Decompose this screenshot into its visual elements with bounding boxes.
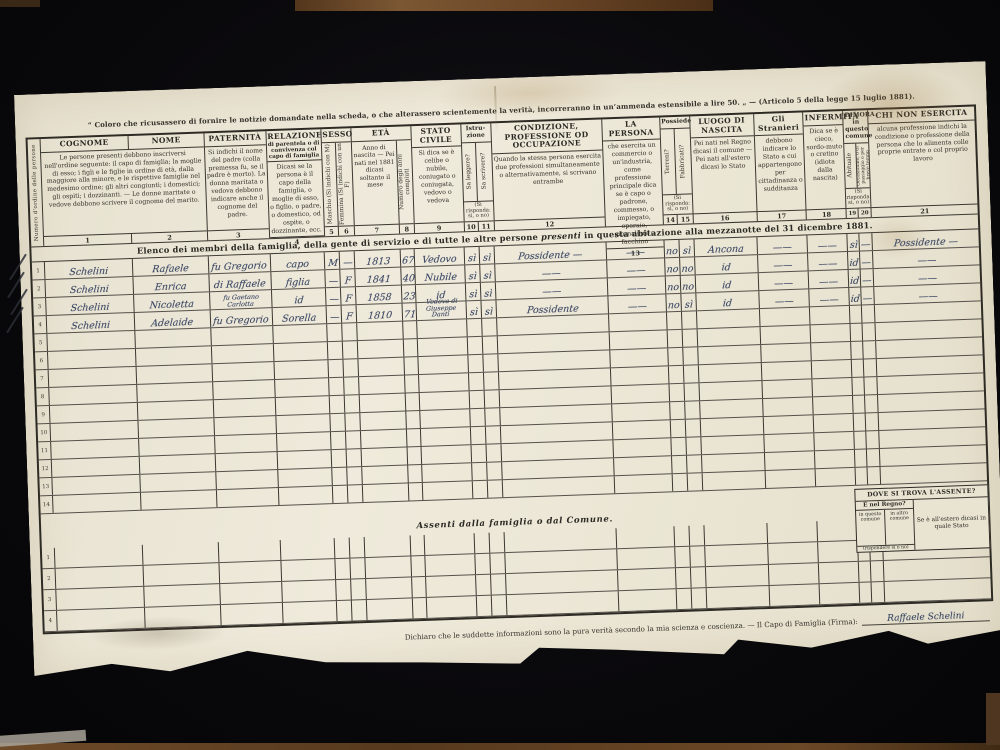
- cell-col11: [487, 462, 503, 480]
- handwritten-entry: ——: [819, 277, 839, 288]
- row-number: 1: [42, 548, 56, 568]
- cell-col13: [617, 547, 676, 569]
- row-number: 7: [36, 370, 50, 387]
- cell-col15: [682, 311, 698, 329]
- cell-col8: [413, 598, 428, 618]
- cell-col5: [336, 559, 352, 580]
- cell-col12: [507, 591, 619, 615]
- handwritten-entry: Nubile: [424, 272, 457, 284]
- cell-col18: ——: [808, 234, 848, 252]
- row-number: 5: [34, 334, 48, 351]
- cell-col19: [850, 306, 863, 323]
- cell-col13: [612, 402, 670, 421]
- handwritten-entry: Adelaide: [151, 317, 194, 329]
- handwritten-entry: ——: [774, 278, 794, 289]
- cell-col7: [367, 598, 414, 620]
- handwritten-entry: Possidente —: [518, 250, 583, 263]
- cell-col19: [851, 342, 864, 359]
- cell-col17: [766, 469, 816, 488]
- cell-col12: [506, 570, 618, 594]
- cell-col7: [363, 465, 409, 484]
- cell-col12: [503, 476, 615, 497]
- cell-col13: [609, 312, 667, 331]
- cell-col4: [275, 378, 330, 397]
- cell-col9: [426, 575, 477, 597]
- row-number-col-label: Numero d'ordine delle persone: [31, 144, 40, 241]
- cell-col20: —: [860, 233, 874, 250]
- row-number: 1: [32, 262, 46, 279]
- handwritten-entry: Schelini: [69, 266, 109, 278]
- cell-col1: [50, 403, 138, 423]
- cell-col4: figlia: [271, 270, 326, 289]
- cell-col8: [412, 556, 427, 576]
- row-number: 2: [43, 569, 57, 589]
- cell-col6: F: [342, 305, 358, 323]
- cell-col17: [761, 325, 811, 344]
- cell-col17: [763, 379, 813, 398]
- cell-col9: [419, 355, 469, 374]
- cell-col7: [360, 394, 406, 413]
- cell-col6: —: [340, 251, 356, 269]
- cell-col16: id: [696, 291, 760, 310]
- cell-col10: sì: [465, 265, 481, 283]
- cell-col13: [616, 526, 675, 548]
- cell-col15: no: [680, 275, 696, 293]
- cell-col11: [487, 444, 503, 462]
- cell-col3: [213, 380, 275, 399]
- row-number: 4: [34, 316, 48, 333]
- cell-col9: [423, 481, 473, 500]
- in-questo-comune-label: in questo comune: [856, 510, 886, 546]
- handwritten-entry: sì: [468, 271, 477, 282]
- cell-col14: no: [664, 240, 680, 258]
- col-dimora: DIMORA in questo comune Abituale Occasio…: [844, 110, 873, 218]
- cell-col7: [361, 411, 407, 430]
- cell-col8: [411, 535, 426, 555]
- handwritten-entry: no: [666, 282, 679, 293]
- cell-col10: [470, 391, 486, 409]
- cell-col19: id: [848, 252, 861, 269]
- handwritten-entry: Enrica: [155, 282, 188, 294]
- cell-col18: [815, 432, 855, 450]
- cell-col3: [215, 452, 277, 471]
- cell-col14: no: [665, 276, 681, 294]
- cell-col11: [488, 480, 504, 498]
- cell-col10: [467, 319, 483, 337]
- cell-col3: [220, 582, 283, 604]
- col-stranieri: Gli Stranieri debbono indicare lo Stato …: [754, 112, 808, 221]
- cell-col3: [213, 398, 275, 417]
- cell-col8: [404, 339, 419, 356]
- cell-col16: [704, 523, 769, 545]
- cell-col2: [143, 563, 219, 586]
- cell-col9: [422, 463, 472, 482]
- cell-col11: [490, 532, 506, 553]
- row-number: 6: [35, 352, 49, 369]
- cell-col5: [337, 580, 353, 601]
- cell-col11: [490, 553, 506, 574]
- handwritten-entry: no: [667, 300, 680, 311]
- head-of-family-signature: Raffaele Schelini: [887, 611, 965, 625]
- handwritten-entry: sì: [849, 240, 858, 251]
- cell-col11: [486, 426, 502, 444]
- cell-col7: [359, 376, 405, 395]
- cell-col7: [362, 447, 408, 466]
- cell-col10: [468, 337, 484, 355]
- cell-col1: [48, 349, 136, 369]
- cell-col13: [614, 474, 672, 493]
- handwritten-entry: sì: [483, 253, 492, 264]
- cell-col11: sì: [480, 264, 496, 282]
- cell-col5: —: [326, 270, 342, 288]
- cell-col6: [348, 485, 364, 503]
- declaration-text: Dichiaro che le suddette informazioni so…: [405, 617, 858, 642]
- cell-col5: [328, 324, 344, 342]
- handwritten-entry: —: [329, 294, 339, 305]
- col-chi-non-esercita: CHI NON ESERCITA alcuna professione indi…: [868, 107, 977, 218]
- handwritten-entry: sì: [682, 246, 691, 257]
- cell-col2: [141, 490, 217, 510]
- cell-col5: —: [326, 288, 342, 306]
- cell-col15: [683, 347, 699, 365]
- cell-col14: [669, 366, 685, 384]
- row-number: 11: [38, 442, 52, 459]
- handwritten-entry: sì: [484, 289, 493, 300]
- row-number: 3: [43, 590, 57, 610]
- col-paternita: PATERNITÀ Si indichi il nome del padre (…: [204, 131, 269, 240]
- cell-col10: [476, 575, 492, 596]
- col-condizione: CONDIZIONE, PROFESSIONE OD OCCUPAZIONE Q…: [491, 119, 606, 230]
- cell-col6: [344, 377, 360, 395]
- cell-col9: [422, 445, 472, 464]
- handwritten-entry: —: [862, 276, 872, 287]
- handwritten-entry: ——: [773, 260, 793, 271]
- cell-col20: [866, 413, 880, 430]
- col-number-18: 18: [807, 208, 846, 219]
- cell-col16: [706, 586, 771, 608]
- handwritten-entry: di Raffaele: [213, 279, 266, 291]
- cell-col2: [136, 346, 212, 366]
- cell-col9: [425, 533, 476, 555]
- handwritten-entry: 23: [403, 292, 416, 303]
- cell-col10: [470, 409, 486, 427]
- terreni-label: Terreni?: [665, 149, 672, 174]
- cell-col16: [698, 345, 762, 364]
- cell-col11: [491, 574, 507, 595]
- handwritten-entry: 1841: [366, 274, 391, 285]
- cell-col15: no: [680, 257, 696, 275]
- cell-col17: [768, 521, 819, 543]
- cell-col3: [214, 416, 276, 435]
- cell-col5: [332, 450, 348, 468]
- cell-col13: [618, 589, 677, 611]
- cell-col1: [56, 587, 144, 610]
- cell-col4: [278, 486, 333, 505]
- cell-col14: [672, 474, 688, 492]
- cell-col18: ——: [810, 288, 850, 306]
- cell-col13: [618, 568, 677, 590]
- handwritten-entry: Possidente: [526, 304, 579, 316]
- cell-col16: [697, 309, 761, 328]
- handwritten-entry: 1810: [367, 310, 392, 321]
- col-sesso: SESSO Maschio (Si indichi con M) Femmina…: [321, 128, 355, 236]
- cell-col1: Schelini: [46, 295, 134, 315]
- cell-col14: [669, 384, 685, 402]
- cell-col19: [851, 324, 864, 341]
- cell-col17: ——: [760, 289, 810, 308]
- cell-col17: ——: [758, 235, 808, 254]
- cell-col3: [212, 362, 274, 381]
- col-possiede: Possiede Terreni? Fabbricati? (Si rispon…: [660, 116, 694, 224]
- sesso-maschio-label: Maschio (Si indichi con M): [325, 144, 334, 224]
- cell-col5: [328, 342, 344, 360]
- cell-col18: ——: [809, 270, 849, 288]
- cell-col11: [483, 354, 499, 372]
- cell-col10: [475, 533, 491, 554]
- cell-col2: [144, 584, 220, 607]
- cell-col1: [49, 367, 137, 387]
- handwritten-entry: 71: [403, 310, 416, 321]
- handwritten-entry: Schelini: [71, 320, 111, 332]
- cell-col13: ——: [608, 276, 666, 295]
- cell-col1: [57, 608, 145, 631]
- cell-col9: [420, 391, 470, 410]
- cell-col17: [765, 451, 815, 470]
- cell-col6: [344, 359, 360, 377]
- cell-col4: [273, 342, 328, 361]
- cell-col20: —: [861, 269, 875, 286]
- handwritten-entry: Vedova di Giuseppe Danti: [416, 297, 467, 320]
- cell-col4: [275, 396, 330, 415]
- handwritten-entry: ——: [818, 259, 838, 270]
- cell-col2: [135, 328, 211, 348]
- cell-col5: [333, 486, 349, 504]
- row-number: 4: [44, 611, 58, 631]
- cell-col5: [333, 468, 349, 486]
- cell-col7: [358, 340, 404, 359]
- cell-col15: sì: [679, 239, 695, 257]
- cell-col8: [412, 577, 427, 597]
- handwritten-entry: fu Gregorio: [213, 315, 269, 327]
- cell-col18: [813, 378, 853, 396]
- handwritten-entry: 40: [402, 274, 415, 285]
- handwritten-entry: Schelini: [70, 302, 110, 314]
- cell-col3: [216, 470, 278, 489]
- cell-col2: [139, 436, 215, 456]
- cell-col2: [138, 400, 214, 420]
- cell-col6: [351, 558, 367, 579]
- cell-col16: [698, 363, 762, 382]
- cell-col1: [56, 566, 144, 589]
- cell-col20: [867, 431, 881, 448]
- cell-col19: id: [850, 288, 863, 305]
- table-surface-wood-top: [295, 0, 713, 11]
- cell-col11: [482, 318, 498, 336]
- cell-col1: [52, 475, 140, 495]
- cell-col8: [406, 393, 421, 410]
- estero-label: Se è all'estero dicasi in quale Stato: [914, 497, 990, 550]
- cell-col9: Vedova di Giuseppe Danti: [417, 301, 467, 320]
- handwritten-entry: sì: [468, 253, 477, 264]
- col-number-20: 20: [858, 208, 871, 217]
- cell-col13: [610, 348, 668, 367]
- cell-col18: [818, 520, 859, 541]
- cell-col18: [811, 324, 851, 342]
- cell-col18: [810, 306, 850, 324]
- handwritten-entry: —: [329, 312, 339, 323]
- cell-col20: [865, 395, 879, 412]
- col-istruzione: Istru- zione Sa leggere? Sa scrivere? (S…: [461, 123, 495, 231]
- cell-col5: [331, 432, 347, 450]
- cell-col14: [676, 568, 692, 589]
- cell-col14: [674, 526, 690, 547]
- cell-col17: [769, 563, 820, 585]
- cell-col17: [765, 433, 815, 452]
- cell-col1: Schelini: [47, 313, 135, 333]
- cell-col13: ——: [608, 294, 666, 313]
- cell-col18: [814, 414, 854, 432]
- cell-col15: [690, 546, 706, 567]
- cell-col18: [813, 396, 853, 414]
- cell-col3: [211, 326, 273, 345]
- cell-col17: [762, 361, 812, 380]
- cell-col16: [702, 471, 766, 490]
- cell-col20: [863, 323, 877, 340]
- col-number-17: 17: [757, 209, 806, 221]
- cell-col7: [363, 483, 409, 502]
- cell-col19: [852, 359, 865, 376]
- cell-col8: [408, 447, 423, 464]
- signature-line: Raffaele Schelini: [862, 610, 990, 625]
- handwritten-entry: ——: [775, 296, 795, 307]
- cell-col16: id: [695, 255, 759, 274]
- handwritten-entry: 67: [401, 256, 414, 267]
- cell-col6: F: [341, 287, 357, 305]
- cell-col3: [217, 488, 279, 507]
- fabbricati-label: Fabbricati?: [680, 144, 688, 178]
- col-number-10: 10: [464, 222, 479, 232]
- cell-col7: 1858: [356, 286, 402, 305]
- cell-col20: [871, 561, 885, 581]
- cell-col6: [352, 600, 368, 621]
- cell-col7: [361, 429, 407, 448]
- cell-col18: [816, 468, 856, 486]
- cell-col17: [764, 397, 814, 416]
- cell-col20: [868, 467, 882, 484]
- cell-col16: [700, 417, 764, 436]
- cell-col14: [668, 348, 684, 366]
- cell-col12: [505, 549, 617, 573]
- cell-col6: [350, 537, 366, 558]
- cell-col3: [212, 344, 274, 363]
- cell-col15: [687, 473, 703, 491]
- handwritten-entry: ——: [916, 255, 936, 266]
- col-number-11: 11: [479, 221, 494, 231]
- cell-col5: [331, 414, 347, 432]
- cell-col21: [884, 557, 990, 581]
- handwritten-entry: 1858: [367, 292, 392, 303]
- handwritten-entry: figlia: [286, 277, 311, 288]
- handwritten-entry: Ancona: [708, 244, 745, 256]
- cell-col10: [468, 355, 484, 373]
- cell-col2: Enrica: [133, 274, 209, 294]
- cell-col1: [50, 421, 138, 441]
- cell-col19: [860, 582, 873, 602]
- cell-col2: [143, 542, 219, 565]
- cell-col1: [49, 385, 137, 405]
- handwritten-entry: Possidente —: [893, 237, 958, 250]
- cell-col1: [55, 545, 143, 568]
- handwritten-entry: F: [344, 276, 352, 287]
- cell-col16: [705, 544, 770, 566]
- handwritten-entry: —: [861, 240, 871, 251]
- cell-col18: [818, 541, 859, 562]
- cell-col20: [863, 341, 877, 358]
- handwritten-entry: Nicoletta: [149, 299, 194, 311]
- cell-col19: id: [849, 270, 862, 287]
- col-number-14: 14: [663, 215, 678, 225]
- cell-col3: [221, 603, 284, 625]
- cell-col13: [613, 438, 671, 457]
- regno-subbox: È nel Regno? in questo comune in altro c…: [856, 500, 916, 552]
- cell-col19: [853, 395, 866, 412]
- handwritten-entry: ——: [818, 241, 838, 252]
- cell-col12: [505, 528, 617, 552]
- cell-col17: [769, 542, 820, 564]
- cell-col10: [469, 373, 485, 391]
- handwritten-entry: id: [721, 263, 731, 274]
- sa-scrivere-label: Sa scrivere?: [480, 153, 488, 190]
- handwritten-entry: id: [294, 296, 304, 307]
- cell-col4: [277, 450, 332, 469]
- handwritten-entry: no: [681, 264, 694, 275]
- cell-col14: [675, 547, 691, 568]
- cell-col10: [472, 463, 488, 481]
- cell-col7: 1813: [355, 250, 401, 269]
- cell-col11: [485, 408, 501, 426]
- col-number-6: 6: [339, 226, 354, 236]
- cell-col5: [329, 360, 345, 378]
- cell-col20: [872, 582, 886, 602]
- row-number: 9: [37, 406, 51, 423]
- handwritten-entry: sì: [483, 271, 492, 282]
- cell-col6: [351, 579, 367, 600]
- tally-mark: [6, 307, 24, 334]
- cell-col11: sì: [481, 282, 497, 300]
- handwritten-entry: F: [345, 294, 353, 305]
- cell-col10: [477, 596, 493, 617]
- handwritten-entry: ——: [541, 269, 561, 280]
- cell-col4: [276, 432, 331, 451]
- cell-col10: [472, 445, 488, 463]
- handwritten-entry: fu Gaetano Carlotta: [209, 293, 271, 310]
- cell-col8: 23: [402, 285, 417, 302]
- cell-col7: [357, 322, 403, 341]
- handwritten-entry: Sorella: [282, 313, 317, 325]
- handwritten-entry: ——: [917, 273, 937, 284]
- cell-col4: [278, 468, 333, 487]
- cell-col14: [667, 312, 683, 330]
- cell-col9: [420, 409, 470, 428]
- cell-col15: [686, 437, 702, 455]
- cell-col7: [366, 556, 413, 578]
- row-number: 3: [33, 298, 47, 315]
- col-relazione: RELAZIONE di parentela o di convivenza c…: [266, 129, 325, 238]
- cell-col4: [282, 580, 338, 602]
- absent-section: Assenti dalla famiglia o dal Comune. DOV…: [41, 497, 991, 632]
- cell-col4: [280, 538, 336, 560]
- col-number-19: 19: [847, 209, 859, 218]
